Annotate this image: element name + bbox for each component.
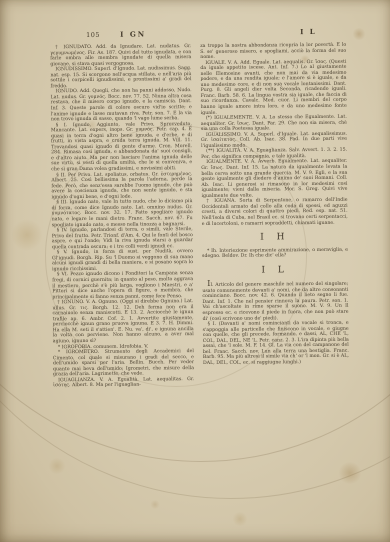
dictionary-entry: Il. Articolo del genere maschile nel num… (202, 280, 348, 322)
section-heading: I H (202, 235, 348, 242)
text-columns: † IGNUDATO. Add. da Ignudare. Lat. nudat… (50, 43, 353, 390)
dictionary-entry: § V. Ignudo, in forza di sust. per Nudit… (52, 249, 193, 272)
dictionary-entry: IGUAGLIANZA. V. A. Egualità. Lat. aequal… (53, 377, 194, 389)
dictionary-entry: IGUALISSIMO. V. A. Superl. d'Iguale. Lat… (201, 131, 347, 149)
scanned-dictionary-page: 105 I GN I L † IGNUDATO. Add. da Ignudar… (0, 0, 390, 542)
dictionary-entry: IGNUDISSIMO. Superl. d'Ignudo. Lat. nudi… (50, 66, 191, 89)
dictionary-entry: IGNUDO. Add. Quegli, che non ha panni ad… (51, 88, 192, 123)
dictionary-entry: IGUALMENTE. V. A. Avverb. Egualmente. La… (201, 159, 347, 199)
dictionary-entry: § II. Per Privo. Lat. spoliatus, orbatus… (51, 172, 192, 201)
page-content: 105 I GN I L † IGNUDATO. Add. da Ignudar… (50, 23, 353, 390)
dictionary-entry: * IGROMETRO. Strumento degli Accademici … (53, 349, 194, 378)
paper-stain (338, 462, 362, 484)
dictionary-entry: † IGUANA. Sorta di Serpentone, o ramarro… (202, 198, 348, 227)
paper-stain (12, 218, 42, 252)
dictionary-entry: † IGNUNO. V. A. Ognuno. (Oggi si direbbe… (52, 299, 193, 345)
dictionary-entry: § III. Ignudo nato, vale In tutto nudo, … (52, 199, 193, 228)
paper-stain (232, 512, 248, 526)
paper-stain (48, 458, 66, 474)
running-head-left: I GN (120, 29, 146, 38)
dictionary-entry: † IGNUDATO. Add. da Ignudare. Lat. nudat… (50, 44, 191, 67)
dictionary-entry: § I. Ignudo, Aggiunto, vale Privo, Sprov… (51, 122, 192, 173)
section-heading: I L (202, 267, 348, 274)
paper-stain (352, 28, 366, 40)
paper-stain (150, 500, 160, 509)
dictionary-entry: IGUALE. V. A. Add. Eguale. Lat. aequalis… (200, 59, 346, 116)
left-column: † IGNUDATO. Add. da Ignudare. Lat. nudat… (50, 44, 194, 389)
dictionary-entry: (*) IGUALEMENTE. V. A. Lo stesso che Egu… (201, 115, 347, 133)
running-header: 105 I GN I L (50, 23, 350, 46)
dictionary-entry: za troppo la nostra abbondanza ricopria … (200, 43, 346, 61)
dictionary-entry: § I. (Davanti a' nomi comincianti da voc… (203, 321, 349, 367)
running-head-right: I L (300, 27, 317, 36)
dictionary-entry: § VI. Pezzo ignudo dicono i Fonditori la… (52, 271, 193, 300)
dictionary-entry: * Ih. Interiezione esprimente ammirazion… (202, 247, 348, 259)
page-number: 105 (86, 31, 100, 39)
right-column: za troppo la nostra abbondanza ricopria … (200, 43, 349, 388)
dictionary-entry: § IV. Ignudo, parlandosi di terra, o sim… (52, 227, 193, 250)
